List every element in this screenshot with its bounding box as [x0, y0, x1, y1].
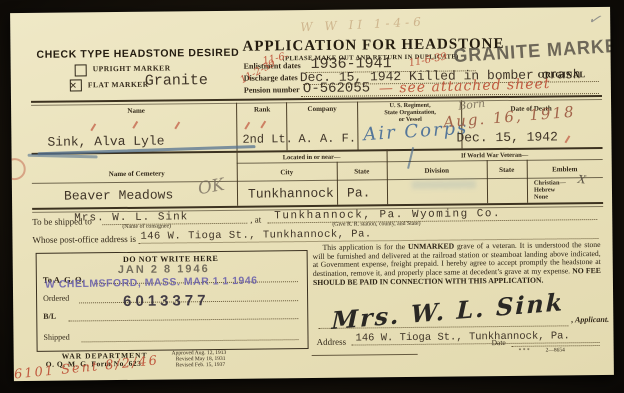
red-tick-3: [174, 121, 180, 129]
flat-marker-checkbox: ✕: [70, 79, 82, 91]
bl-label: B/L: [43, 312, 56, 321]
upright-marker-checkbox: [75, 64, 87, 76]
print-dots: * * *: [519, 348, 530, 354]
located-underline: [237, 161, 387, 164]
pension-value: O-562055: [303, 80, 370, 97]
emblem-none: None: [534, 194, 548, 201]
consignee-caption: (Name of consignee): [122, 223, 171, 230]
cemetery-header: Name of Cemetery: [72, 169, 202, 178]
po-address-value: 146 W. Tioga St., Tunkhannock, Pa.: [140, 228, 371, 242]
agreement-paragraph: This application is for the UNMARKED gra…: [313, 241, 601, 288]
received-date-stamp: JAN 2 8 1946: [118, 263, 210, 276]
date-label: Date: [492, 338, 506, 347]
death-value: Dec. 15, 1942: [456, 129, 558, 145]
discharge-label: Discharge dates: [244, 73, 298, 83]
emblem-header: Emblem: [529, 165, 601, 174]
revised-date-2: Revised Feb. 15, 1937: [176, 362, 225, 369]
check-type-title: CHECK TYPE HEADSTONE DESIRED: [36, 47, 239, 61]
cemetery-value: Beaver Meadows: [64, 187, 173, 203]
cemetery-ok-mark: OK: [196, 175, 226, 200]
ordered-label: Ordered: [43, 294, 69, 303]
address-label: Address: [316, 337, 346, 347]
destination-caption: (Give R. R. station, county, and State): [332, 221, 420, 228]
print-code: 2—8654: [546, 347, 565, 353]
company-header: Company: [289, 105, 355, 114]
pension-label: Pension number: [244, 85, 300, 95]
corner-pencil-mark: ✓: [587, 9, 603, 29]
red-tick-5: [260, 121, 266, 129]
state-header: State: [339, 167, 385, 175]
rank-header: Rank: [239, 105, 285, 113]
at-label: , at: [250, 215, 261, 225]
applicant-signature: Mrs. W. L. Sink: [331, 287, 564, 335]
red-arc-mark: [10, 158, 26, 180]
state2-header: State: [489, 166, 525, 174]
red-tick-6: [565, 135, 571, 143]
red-tick-2: [132, 121, 138, 129]
red-tick-4: [244, 122, 250, 130]
flat-marker-label: FLAT MARKER: [88, 80, 149, 90]
blue-smudge: [412, 180, 476, 189]
ordered-number-stamp: 6013377: [123, 292, 210, 310]
city-header: City: [239, 168, 335, 177]
address-value: 146 W. Tioga St., Tunkhannock, Pa.: [355, 330, 569, 344]
po-address-label: Whose post-office address is: [32, 234, 136, 245]
faint-pencil-note: W W II 1-4-6: [300, 15, 425, 35]
applicant-label: , Applicant.: [571, 315, 609, 324]
divider-name-rank: [236, 103, 238, 151]
headstone-application-form: W W II 1-4-6 ✓ CHECK TYPE HEADSTONE DESI…: [10, 7, 614, 381]
state-value: Pa.: [347, 185, 371, 200]
blank-underscore-line: [312, 354, 418, 356]
name-header: Name: [81, 106, 191, 115]
flat-marker-check-x: ✕: [70, 78, 77, 91]
original-label: ORIGINAL: [538, 69, 586, 80]
name-value: Sink, Alva Lyle: [47, 134, 164, 150]
red-tick-1: [90, 123, 96, 131]
blue-underline-stroke-2: [28, 154, 98, 158]
city-value: Tunkhannock: [248, 186, 334, 202]
shipped-label: Shipped: [43, 333, 69, 342]
company-value: A. A. F.: [298, 132, 356, 147]
flat-marker-value: Granite: [145, 72, 208, 90]
division-header: Division: [389, 166, 485, 175]
divider-company-regiment: [357, 102, 359, 150]
emblem-x-mark: X: [577, 173, 586, 187]
